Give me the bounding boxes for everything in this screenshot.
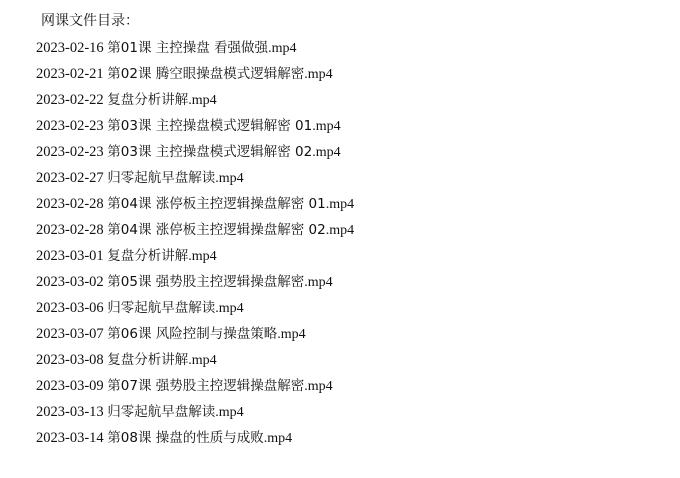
file-entry: 2023-03-01 复盘分析讲解.mp4 <box>36 243 354 269</box>
file-entry: 2023-03-14 第08课 操盘的性质与成败.mp4 <box>36 425 354 451</box>
file-date: 2023-03-14 <box>36 430 104 446</box>
file-extension: .mp4 <box>264 431 292 446</box>
file-extension: .mp4 <box>304 67 332 82</box>
file-name: 复盘分析讲解 <box>107 92 188 108</box>
file-name: 第02课 腾空眼操盘模式逻辑解密 <box>107 66 304 82</box>
file-date: 2023-03-08 <box>36 352 104 368</box>
file-date: 2023-03-13 <box>36 404 104 420</box>
file-extension: .mp4 <box>215 301 243 316</box>
file-date: 2023-02-27 <box>36 170 104 186</box>
file-name: 第04课 涨停板主控逻辑操盘解密 02 <box>107 222 325 238</box>
file-entry: 2023-02-23 第03课 主控操盘模式逻辑解密 01.mp4 <box>36 113 354 139</box>
file-entry: 2023-03-13 归零起航早盘解读.mp4 <box>36 399 354 425</box>
file-date: 2023-02-28 <box>36 196 104 212</box>
file-entry: 2023-02-22 复盘分析讲解.mp4 <box>36 87 354 113</box>
file-name: 复盘分析讲解 <box>107 248 188 264</box>
file-extension: .mp4 <box>268 41 296 56</box>
file-extension: .mp4 <box>312 145 340 160</box>
file-date: 2023-02-23 <box>36 118 104 134</box>
file-extension: .mp4 <box>188 353 216 368</box>
file-directory: 网课文件目录： 2023-02-16 第01课 主控操盘 看强做强.mp4 20… <box>36 9 354 451</box>
file-name: 第03课 主控操盘模式逻辑解密 01 <box>107 118 312 134</box>
file-date: 2023-03-07 <box>36 326 104 342</box>
file-entry: 2023-02-21 第02课 腾空眼操盘模式逻辑解密.mp4 <box>36 61 354 87</box>
file-date: 2023-03-06 <box>36 300 104 316</box>
file-extension: .mp4 <box>326 197 354 212</box>
file-list: 2023-02-16 第01课 主控操盘 看强做强.mp4 2023-02-21… <box>36 35 354 451</box>
file-entry: 2023-03-07 第06课 风险控制与操盘策略.mp4 <box>36 321 354 347</box>
file-entry: 2023-03-08 复盘分析讲解.mp4 <box>36 347 354 373</box>
file-entry: 2023-02-28 第04课 涨停板主控逻辑操盘解密 01.mp4 <box>36 191 354 217</box>
file-date: 2023-02-21 <box>36 66 104 82</box>
file-extension: .mp4 <box>215 405 243 420</box>
file-date: 2023-02-23 <box>36 144 104 160</box>
directory-title: 网课文件目录： <box>36 9 354 35</box>
file-name: 第08课 操盘的性质与成败 <box>107 430 263 446</box>
file-name: 第06课 风险控制与操盘策略 <box>107 326 277 342</box>
file-date: 2023-02-16 <box>36 40 104 56</box>
file-extension: .mp4 <box>326 223 354 238</box>
file-name: 归零起航早盘解读 <box>107 300 215 316</box>
file-date: 2023-03-02 <box>36 274 104 290</box>
file-entry: 2023-02-16 第01课 主控操盘 看强做强.mp4 <box>36 35 354 61</box>
file-entry: 2023-02-23 第03课 主控操盘模式逻辑解密 02.mp4 <box>36 139 354 165</box>
file-name: 归零起航早盘解读 <box>107 404 215 420</box>
file-name: 复盘分析讲解 <box>107 352 188 368</box>
file-entry: 2023-03-06 归零起航早盘解读.mp4 <box>36 295 354 321</box>
file-extension: .mp4 <box>188 249 216 264</box>
file-extension: .mp4 <box>277 327 305 342</box>
file-extension: .mp4 <box>215 171 243 186</box>
file-date: 2023-02-22 <box>36 92 104 108</box>
file-extension: .mp4 <box>304 275 332 290</box>
file-name: 第05课 强势股主控逻辑操盘解密 <box>107 274 304 290</box>
file-name: 第04课 涨停板主控逻辑操盘解密 01 <box>107 196 325 212</box>
file-name: 归零起航早盘解读 <box>107 170 215 186</box>
file-entry: 2023-03-02 第05课 强势股主控逻辑操盘解密.mp4 <box>36 269 354 295</box>
file-extension: .mp4 <box>304 379 332 394</box>
file-date: 2023-03-01 <box>36 248 104 264</box>
file-entry: 2023-02-28 第04课 涨停板主控逻辑操盘解密 02.mp4 <box>36 217 354 243</box>
file-name: 第01课 主控操盘 看强做强 <box>107 40 268 56</box>
file-entry: 2023-03-09 第07课 强势股主控逻辑操盘解密.mp4 <box>36 373 354 399</box>
file-name: 第07课 强势股主控逻辑操盘解密 <box>107 378 304 394</box>
file-extension: .mp4 <box>188 93 216 108</box>
file-entry: 2023-02-27 归零起航早盘解读.mp4 <box>36 165 354 191</box>
file-date: 2023-02-28 <box>36 222 104 238</box>
file-date: 2023-03-09 <box>36 378 104 394</box>
file-name: 第03课 主控操盘模式逻辑解密 02 <box>107 144 312 160</box>
file-extension: .mp4 <box>312 119 340 134</box>
